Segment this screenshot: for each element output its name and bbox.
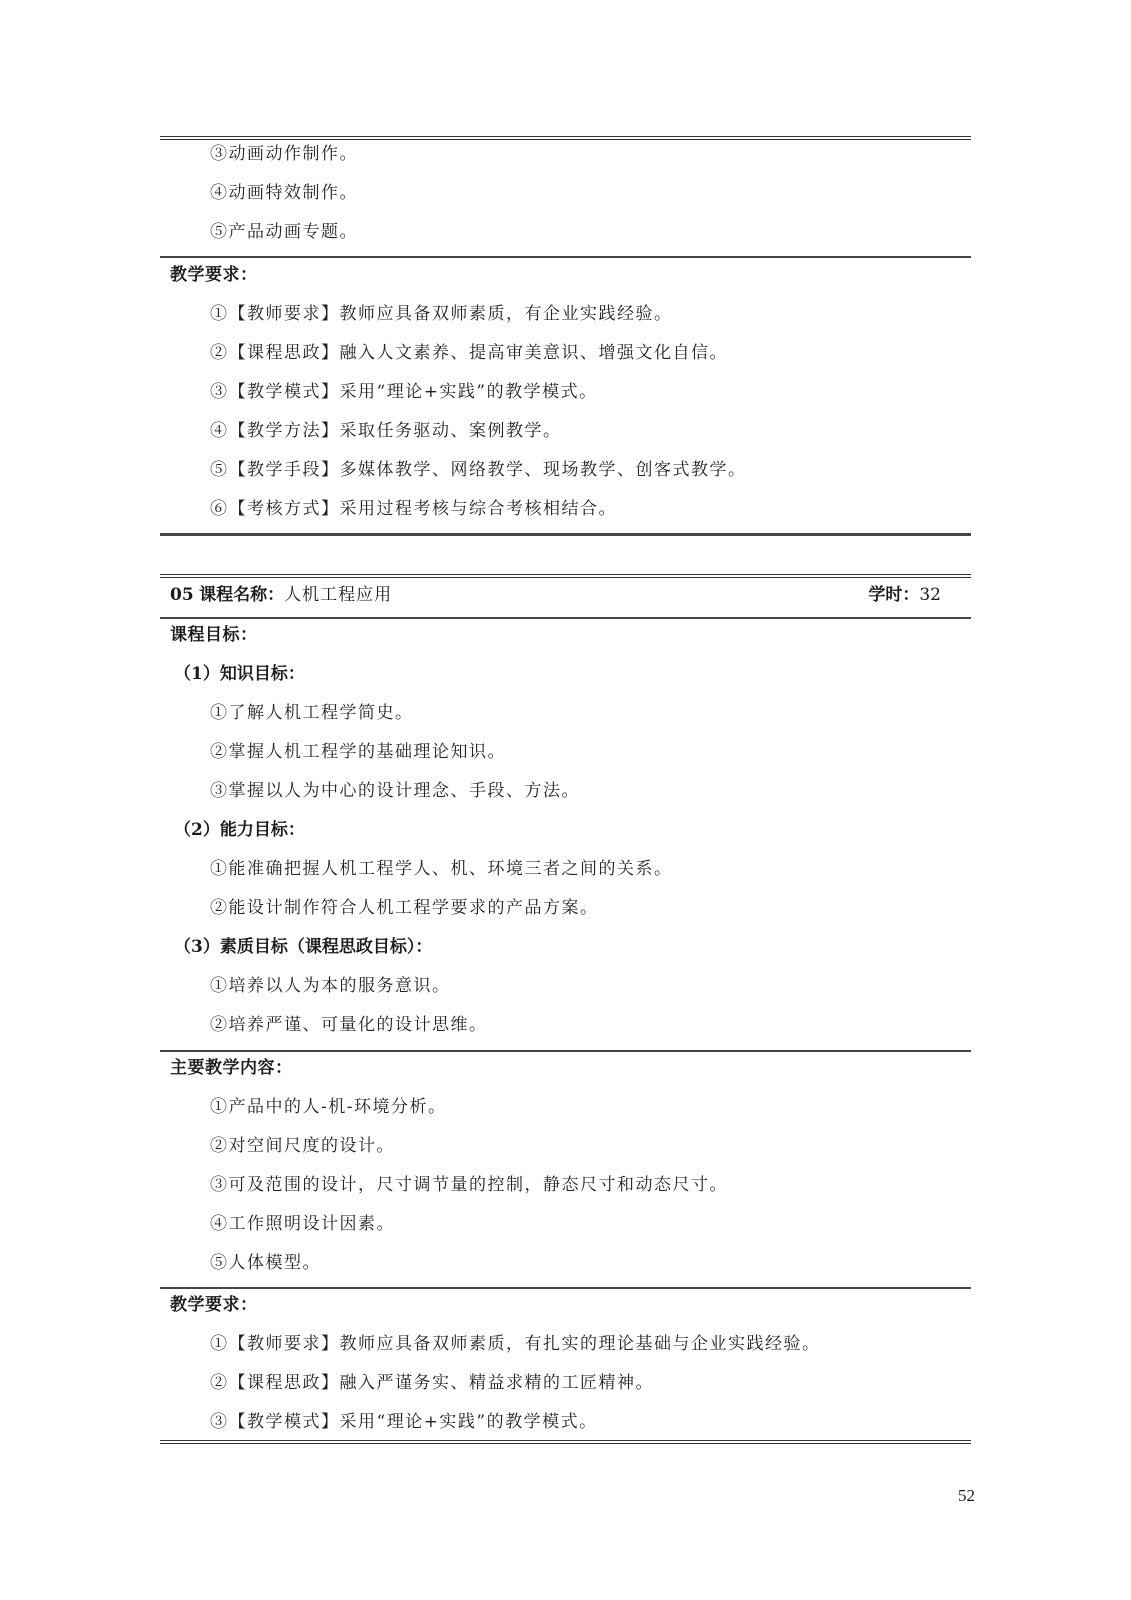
requirement-item: ②【课程思政】融入人文素养、提高审美意识、增强文化自信。 (160, 334, 1021, 373)
table-bottom-rule (160, 533, 971, 536)
objectives-heading: 课程目标： (160, 616, 981, 655)
objective-item: ③掌握以人为中心的设计理念、手段、方法。 (160, 772, 1021, 811)
requirement-item: ③【教学模式】采用“理论+实践”的教学模式。 (160, 1403, 1021, 1442)
requirement-item: ④【教学方法】采取任务驱动、案例教学。 (160, 412, 1021, 451)
table-bottom-double-rule (160, 1440, 971, 1444)
content-item: ③动画动作制作。 (160, 135, 1021, 174)
objective-item: ①培养以人为本的服务意识。 (160, 967, 1021, 1006)
course-header: 05 课程名称：人机工程应用 学时：32 (160, 576, 971, 615)
requirements-heading: 教学要求： (160, 256, 981, 295)
course-hours: 学时：32 (868, 576, 941, 615)
knowledge-objectives-title: （1）知识目标： (160, 655, 985, 694)
content-item: ③可及范围的设计，尺寸调节量的控制，静态尺寸和动态尺寸。 (160, 1166, 1021, 1205)
course-name: 人机工程应用 (284, 585, 392, 605)
content-item: ⑤人体模型。 (160, 1244, 1021, 1283)
content-item: ④工作照明设计因素。 (160, 1205, 1021, 1244)
content-heading: 主要教学内容： (160, 1049, 981, 1088)
course-title: 05 课程名称：人机工程应用 (170, 576, 392, 615)
objective-item: ②掌握人机工程学的基础理论知识。 (160, 733, 1021, 772)
requirement-item: ⑥【考核方式】采用过程考核与综合考核相结合。 (160, 490, 1021, 529)
requirement-item: ⑤【教学手段】多媒体教学、网络教学、现场教学、创客式教学。 (160, 451, 1021, 490)
requirement-item: ①【教师要求】教师应具备双师素质，有企业实践经验。 (160, 295, 1021, 334)
hours-label: 学时： (868, 585, 919, 605)
requirement-item: ①【教师要求】教师应具备双师素质，有扎实的理论基础与企业实践经验。 (160, 1325, 1021, 1364)
quality-objectives-title: （3）素质目标（课程思政目标）： (160, 928, 985, 967)
objective-item: ②培养严谨、可量化的设计思维。 (160, 1006, 1021, 1045)
objective-item: ①能准确把握人机工程学人、机、环境三者之间的关系。 (160, 850, 1021, 889)
content-item: ①产品中的人-机-环境分析。 (160, 1088, 1021, 1127)
course-name-label: 课程名称： (199, 585, 284, 605)
requirement-item: ②【课程思政】融入严谨务实、精益求精的工匠精神。 (160, 1364, 1021, 1403)
objective-item: ②能设计制作符合人机工程学要求的产品方案。 (160, 889, 1021, 928)
requirement-item: ③【教学模式】采用“理论+实践”的教学模式。 (160, 373, 1021, 412)
content-item: ⑤产品动画专题。 (160, 213, 1021, 252)
hours-value: 32 (919, 585, 941, 605)
ability-objectives-title: （2）能力目标： (160, 811, 985, 850)
page-number: 52 (958, 1486, 975, 1506)
course-number: 05 (170, 585, 194, 605)
objective-item: ①了解人机工程学简史。 (160, 694, 1021, 733)
content-item: ②对空间尺度的设计。 (160, 1127, 1021, 1166)
requirements-heading: 教学要求： (160, 1286, 981, 1325)
content-item: ④动画特效制作。 (160, 174, 1021, 213)
